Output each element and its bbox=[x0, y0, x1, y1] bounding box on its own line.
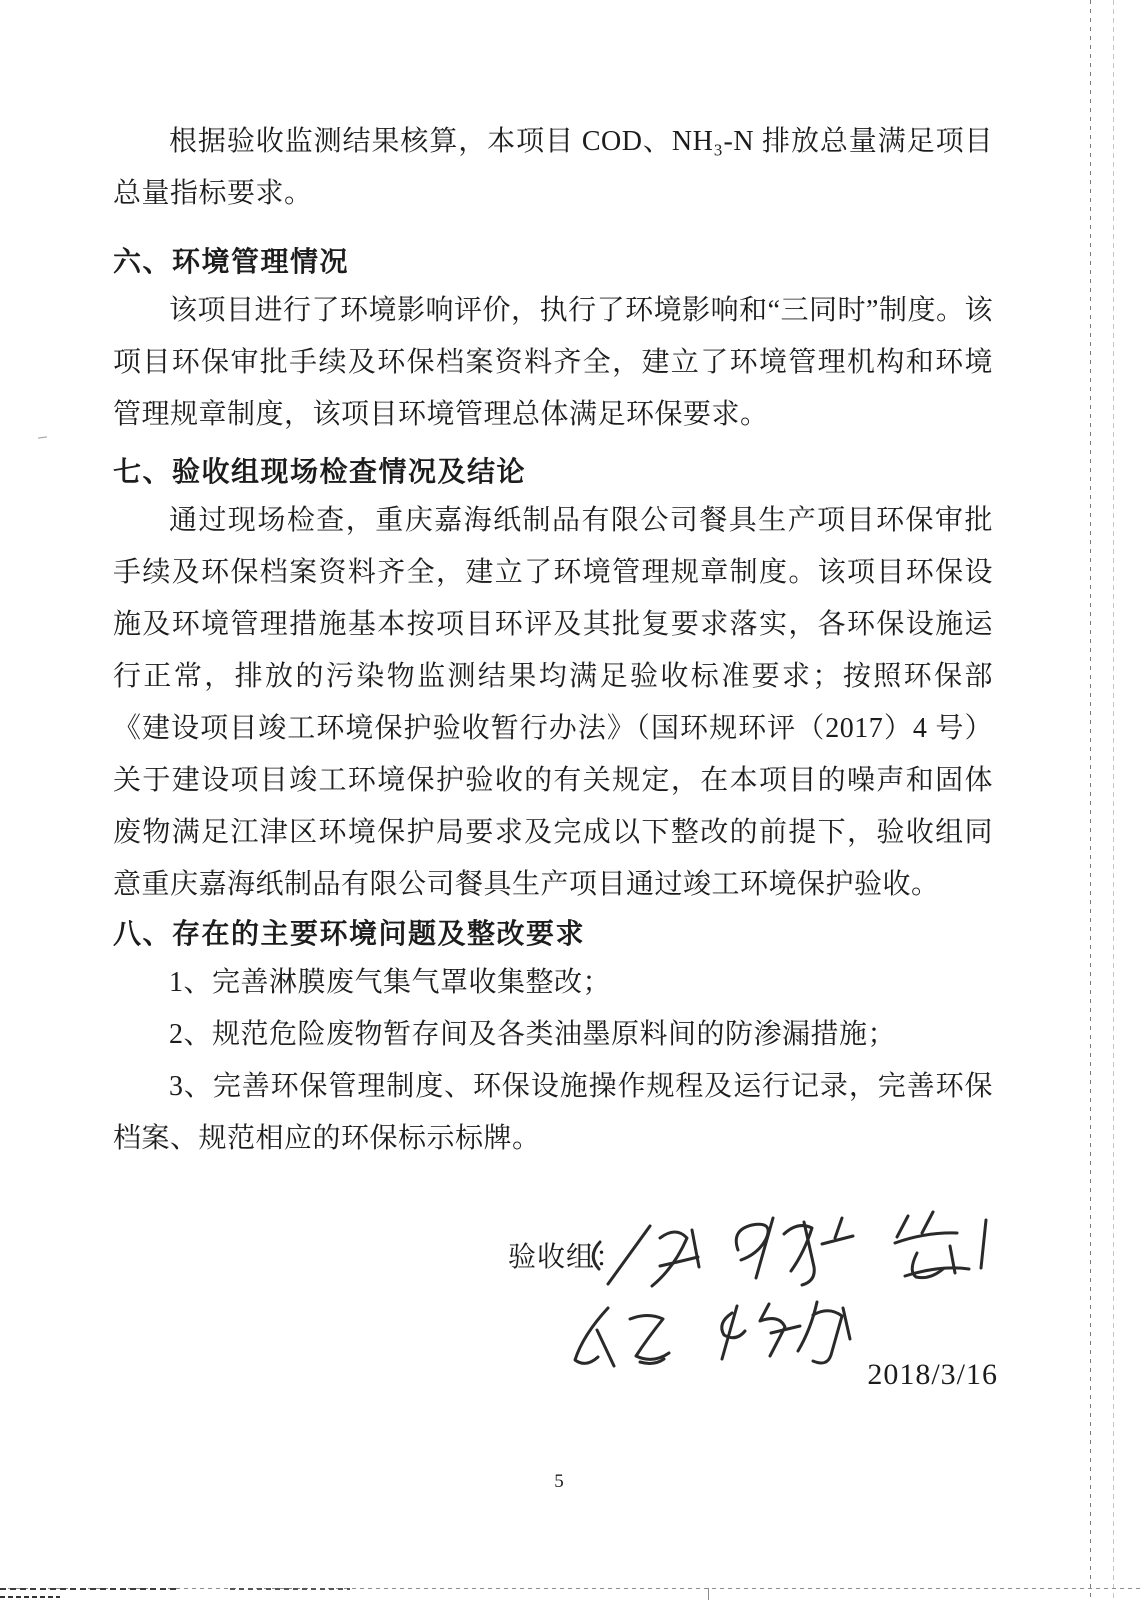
page-number: 5 bbox=[534, 1470, 584, 1494]
rectification-item-1: 1、完善淋膜废气集气罩收集整改； bbox=[113, 957, 993, 1009]
scan-artifact-horizontal-dashes-left bbox=[0, 1588, 180, 1590]
signature-stroke-3 bbox=[895, 1212, 986, 1278]
scan-artifact-bottom-tick bbox=[708, 1588, 709, 1600]
rectification-item-2: 2、规范危险废物暂存间及各类油墨原料间的防渗漏措施； bbox=[113, 1009, 993, 1061]
signature-stroke-2 bbox=[736, 1218, 853, 1285]
signature-stroke-1 bbox=[593, 1226, 699, 1286]
signature-stroke-4 bbox=[575, 1308, 669, 1366]
signature-stroke-5 bbox=[722, 1302, 850, 1363]
handwritten-signatures bbox=[520, 1200, 1020, 1380]
section-six-paragraph: 该项目进行了环境影响评价，执行了环境影响和“三同时”制度。该项目环保审批手续及环… bbox=[113, 285, 993, 441]
intro-paragraph: 根据验收监测结果核算，本项目 COD、NH₃-N 排放总量满足项目总量指标要求。 bbox=[113, 116, 993, 220]
scan-artifact-margin-dash bbox=[38, 436, 47, 438]
scan-artifact-vertical-line-light bbox=[1113, 0, 1114, 1600]
section-eight-heading: 八、存在的主要环境问题及整改要求 bbox=[113, 911, 993, 957]
section-six-heading: 六、环境管理情况 bbox=[113, 239, 993, 285]
scan-artifact-horizontal-dashes-mid bbox=[230, 1588, 350, 1590]
approval-date: 2018/3/16 bbox=[848, 1358, 998, 1392]
section-seven-heading: 七、验收组现场检查情况及结论 bbox=[113, 449, 993, 495]
section-seven-paragraph: 通过现场检查，重庆嘉海纸制品有限公司餐具生产项目环保审批手续及环保档案资料齐全，… bbox=[113, 495, 993, 911]
document-body: 根据验收监测结果核算，本项目 COD、NH₃-N 排放总量满足项目总量指标要求。… bbox=[113, 116, 993, 1165]
scanned-document-page: 根据验收监测结果核算，本项目 COD、NH₃-N 排放总量满足项目总量指标要求。… bbox=[0, 0, 1140, 1600]
scan-artifact-bottom-corner-dashes bbox=[0, 1596, 60, 1598]
rectification-item-3: 3、完善环保管理制度、环保设施操作规程及运行记录，完善环保档案、规范相应的环保标… bbox=[113, 1061, 993, 1165]
scan-artifact-vertical-line-dark bbox=[1090, 0, 1091, 1600]
